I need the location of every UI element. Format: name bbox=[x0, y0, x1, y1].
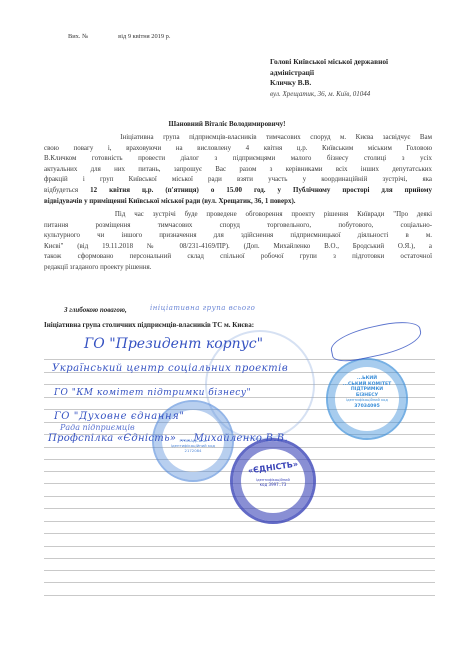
paragraph-line: свою повагу і, враховуючи на висловлену … bbox=[44, 143, 432, 154]
ruled-line bbox=[44, 558, 435, 559]
signature-scribble bbox=[328, 317, 424, 365]
paragraph-line: Києві" (від 19.11.2018 № 08/231-4169/ПР)… bbox=[44, 241, 432, 252]
addressee-name: Кличку В.В. bbox=[270, 78, 388, 89]
ruled-line bbox=[44, 546, 435, 547]
paragraph-line: Ініціативна група підприємців-власників … bbox=[44, 132, 432, 143]
stamp-yednist: «ЄДНІСТЬ» ідентифікаційний код 3997..73 bbox=[230, 438, 316, 524]
ruled-line bbox=[44, 533, 435, 534]
handwritten-signature: ГО "Президент корпус" bbox=[84, 336, 263, 352]
meeting-intro: відбудеться bbox=[44, 186, 90, 194]
stamp-committee: ...ЬКИЙ ...СЬКИЙ КОМІТЕТ ПІДТРИМКИ БІЗНЕ… bbox=[326, 358, 408, 440]
signatory-group: Ініціативна група столичних підприємців-… bbox=[44, 321, 254, 329]
closing-handwritten-note: ініціативна група всього bbox=[150, 304, 255, 312]
ruled-line bbox=[44, 595, 435, 596]
meeting-details: 12 квітня ц.р. (п'ятниця) о 15.00 год. у… bbox=[90, 186, 432, 194]
greeting: Шановний Віталіє Володимировичу! bbox=[0, 120, 454, 128]
paragraph-line: В.Кличком готовність провести діалог з п… bbox=[44, 153, 432, 164]
paragraph-line: Під час зустрічі буде проведене обговоре… bbox=[44, 209, 432, 220]
addressee-address: вул. Хрещатик, 36, м. Київ, 01044 bbox=[270, 89, 388, 100]
paragraph-line: фракцій і груп Київської міської ради вз… bbox=[44, 174, 432, 185]
handwritten-signature: ГО "Духовне єднання" bbox=[54, 411, 185, 422]
ruled-line bbox=[44, 570, 435, 571]
addressee-line-2: адміністрації bbox=[270, 68, 388, 79]
outgoing-date: від 9 квітня 2019 р. bbox=[118, 33, 170, 40]
outgoing-label: Вих. № bbox=[68, 33, 88, 40]
paragraph-line: актуальних для них питань, запрошує Вас … bbox=[44, 164, 432, 175]
paragraph-agenda: Під час зустрічі буде проведене обговоре… bbox=[44, 209, 432, 273]
addressee-line-1: Голові Київської міської державної bbox=[270, 57, 388, 68]
outgoing-number: Вих. №від 9 квітня 2019 р. bbox=[68, 33, 170, 40]
ruled-line bbox=[44, 582, 435, 583]
paragraph-line: редакції згаданого проекту рішення. bbox=[44, 262, 432, 273]
paragraph-line: відвідувачів у приміщенні Київської місь… bbox=[44, 196, 432, 207]
handwritten-signature: Український центр соціальних проектів bbox=[52, 363, 288, 374]
handwritten-signature: Профспілка «Єдність» ... Михайленко В.В. bbox=[48, 433, 288, 444]
ruled-line bbox=[44, 521, 435, 522]
addressee-block: Голові Київської міської державної адмін… bbox=[270, 57, 388, 99]
meeting-location: відвідувачів у приміщенні Київської місь… bbox=[44, 197, 296, 205]
paragraph-line: відбудеться 12 квітня ц.р. (п'ятниця) о … bbox=[44, 185, 432, 196]
paragraph-line: культурного чи іншого призначення для зд… bbox=[44, 230, 432, 241]
ruled-line bbox=[44, 447, 435, 448]
closing-phrase: З глибокою повагою, bbox=[64, 306, 127, 314]
handwritten-signature: Рада підприємців bbox=[60, 423, 135, 432]
paragraph-line: також сформовано персональний склад спіл… bbox=[44, 251, 432, 262]
handwritten-signature: ГО "КМ комітет підтримки бізнесу" bbox=[54, 388, 251, 398]
paragraph-line: питання розміщення тимчасових споруд тор… bbox=[44, 220, 432, 231]
paragraph-invitation: Ініціативна група підприємців-власників … bbox=[44, 132, 432, 206]
